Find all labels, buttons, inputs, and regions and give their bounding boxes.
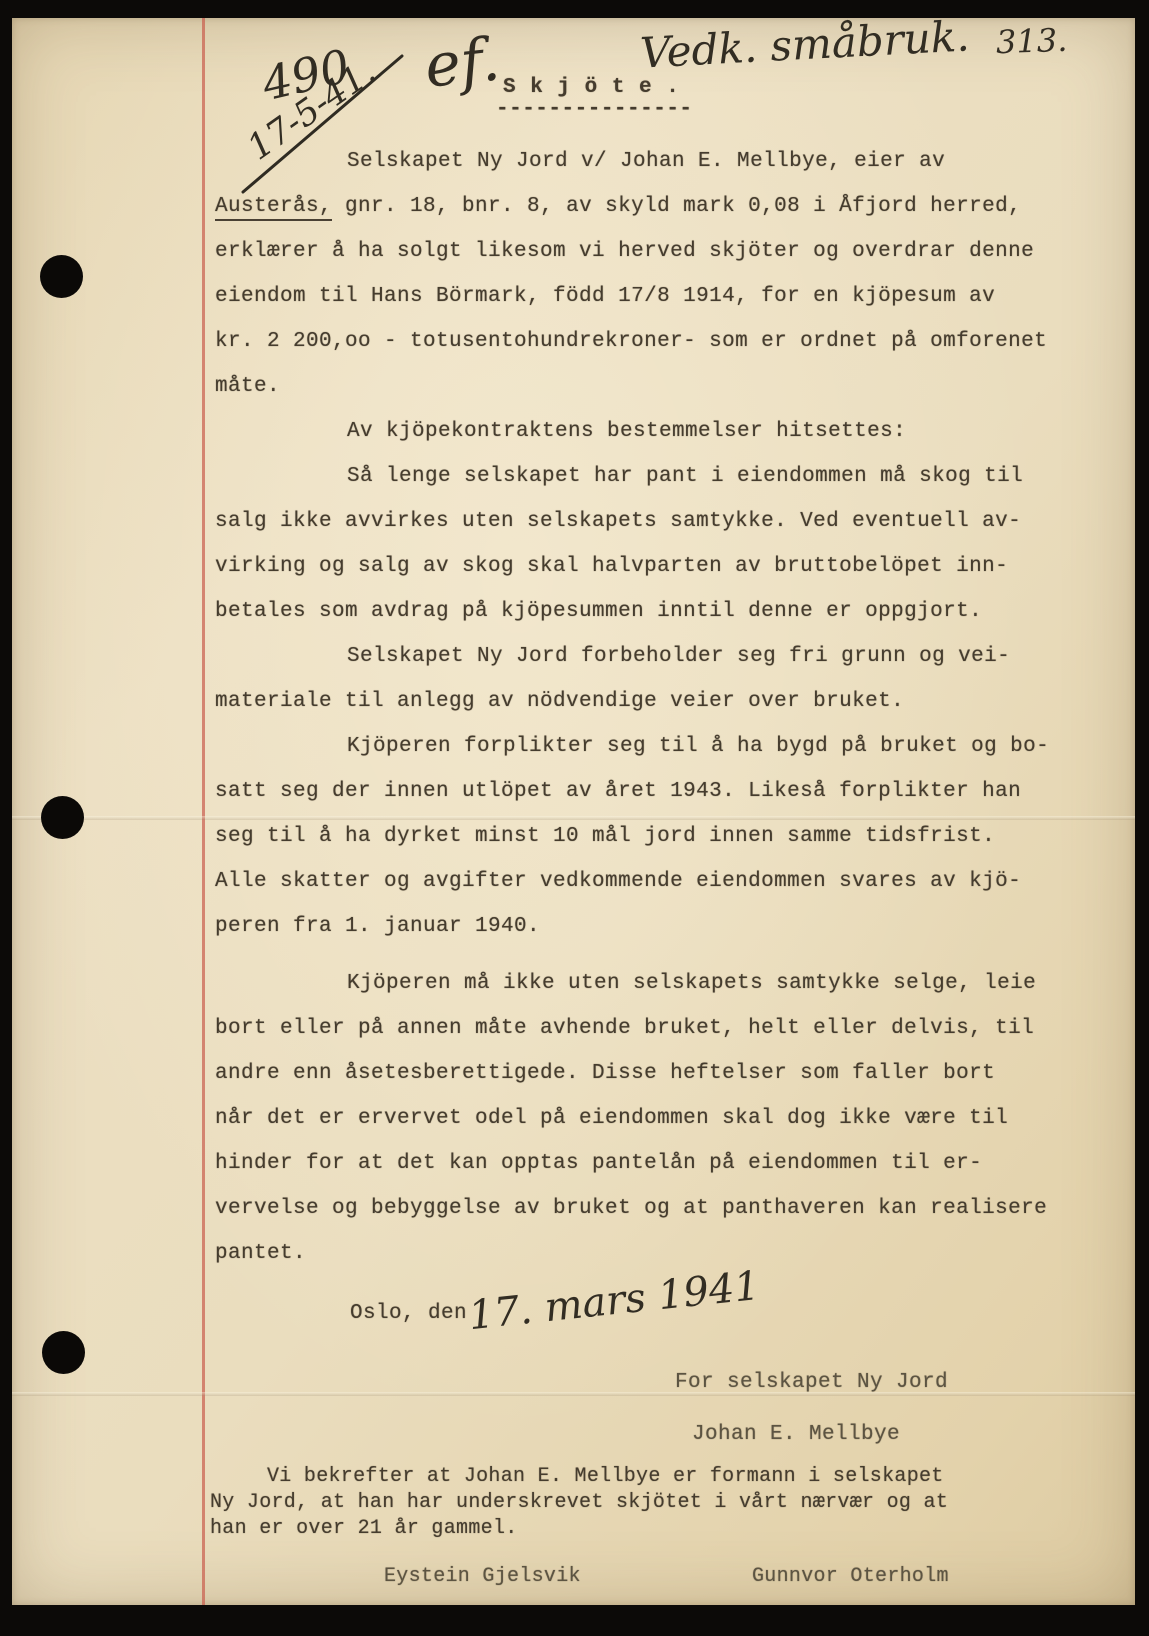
typed-line: andre enn åsetesberettigede. Disse hefte… [215, 1062, 995, 1085]
fold-crease [12, 1392, 1135, 1396]
margin-rule-line [202, 18, 205, 1605]
witness-signature-right: Gunnvor Oterholm [752, 1566, 949, 1588]
typed-line: seg til å ha dyrket minst 10 mål jord in… [215, 825, 995, 848]
typed-line: Kjöperen må ikke uten selskapets samtykk… [347, 972, 1036, 995]
typed-line: kr. 2 200,oo - totusentohundrekroner- so… [215, 330, 1047, 353]
signature-for-line: For selskapet Ny Jord [675, 1371, 948, 1394]
typed-line: når det er ervervet odel på eiendommen s… [215, 1107, 1008, 1130]
typed-line: peren fra 1. januar 1940. [215, 915, 540, 938]
signature-name: Johan E. Mellbye [692, 1423, 900, 1446]
typed-line: måte. [215, 375, 280, 398]
confirmation-line: han er over 21 år gammel. [210, 1518, 518, 1540]
typed-line: Austerås, gnr. 18, bnr. 8, av skyld mark… [215, 195, 1021, 218]
title-underline: --------------- [496, 98, 693, 121]
typed-line: virking og salg av skog skal halvparten … [215, 555, 1008, 578]
clerk-monogram-handwriting: ef. [422, 24, 504, 101]
dateline-typed: Oslo, den [350, 1302, 467, 1325]
fold-crease [12, 816, 1135, 820]
typed-line: Selskapet Ny Jord forbeholder seg fri gr… [347, 645, 1010, 668]
scanned-document-page: Vedk. småbruk. 313. 490 17-5-41. ef. S k… [0, 0, 1149, 1636]
typed-line: vervelse og bebyggelse av bruket og at p… [215, 1197, 1047, 1220]
punch-hole-icon [41, 796, 84, 839]
typed-line: erklærer å ha solgt likesom vi herved sk… [215, 240, 1034, 263]
witness-signature-left: Eystein Gjelsvik [384, 1566, 581, 1588]
typed-line: eiendom til Hans Börmark, född 17/8 1914… [215, 285, 995, 308]
page-number: 313. [995, 21, 1068, 61]
typed-line: hinder for at det kan opptas pantelån på… [215, 1152, 982, 1175]
typed-line: satt seg der innen utlöpet av året 1943.… [215, 780, 1021, 803]
typed-line: Selskapet Ny Jord v/ Johan E. Mellbye, e… [347, 150, 945, 173]
punch-hole-icon [42, 1331, 85, 1374]
typed-line: Kjöperen forplikter seg til å ha bygd på… [347, 735, 1049, 758]
typed-line: pantet. [215, 1242, 306, 1265]
document-title: S k j ö t e . [503, 76, 680, 99]
underlined-word: Austerås, [215, 195, 332, 221]
typed-line: Så lenge selskapet har pant i eiendommen… [347, 465, 1023, 488]
punch-hole-icon [40, 255, 83, 298]
typed-line: materiale til anlegg av nödvendige veier… [215, 690, 904, 713]
confirmation-line: Ny Jord, at han har underskrevet skjötet… [210, 1492, 948, 1514]
typed-line: Av kjöpekontraktens bestemmelser hitsett… [347, 420, 906, 443]
typed-line: salg ikke avvirkes uten selskapets samty… [215, 510, 1021, 533]
confirmation-line: Vi bekrefter at Johan E. Mellbye er form… [267, 1466, 944, 1488]
typed-line: Alle skatter og avgifter vedkommende eie… [215, 870, 1021, 893]
typed-line: betales som avdrag på kjöpesummen inntil… [215, 600, 982, 623]
typed-line: bort eller på annen måte avhende bruket,… [215, 1017, 1034, 1040]
